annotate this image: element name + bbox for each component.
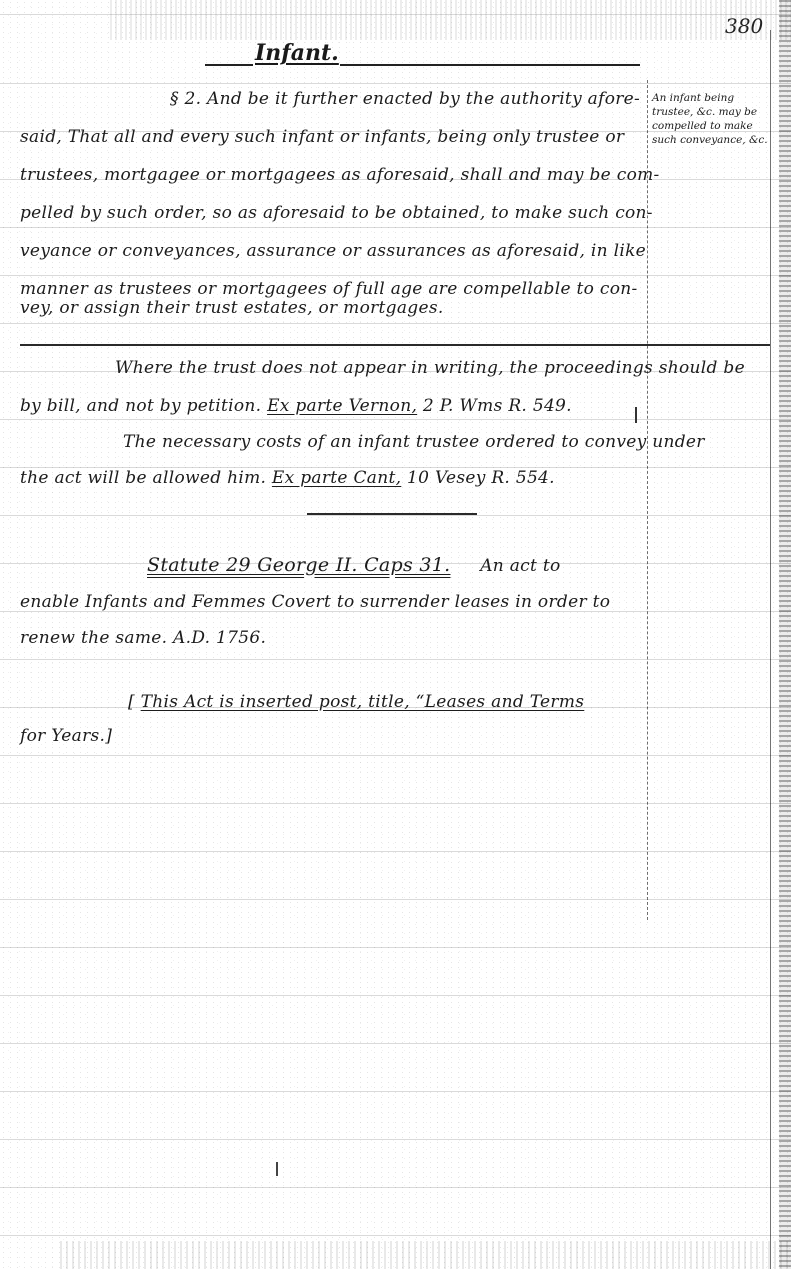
- statute-line: renew the same. A.D. 1756.: [20, 628, 266, 648]
- cross-reference-text: This Act is inserted post, title, “Lease…: [141, 692, 585, 712]
- note-line: Where the trust does not appear in writi…: [115, 358, 745, 378]
- statute-line: enable Infants and Femmes Covert to surr…: [20, 592, 610, 612]
- manuscript-page: 380 Infant. § 2. And be it further enact…: [0, 0, 791, 1269]
- margin-note: An infant being trustee, &c. may be comp…: [652, 91, 767, 147]
- note-line: the act will be allowed him. Ex parte Ca…: [20, 468, 555, 488]
- section-line: said, That all and every such infant or …: [20, 127, 624, 147]
- statute-heading-line: Statute 29 George II. Caps 31. An act to: [147, 554, 561, 576]
- section-divider: [20, 344, 770, 346]
- section-line: vey, or assign their trust estates, or m…: [20, 298, 444, 318]
- right-margin-rule: [770, 30, 771, 1269]
- cross-reference-line: for Years.]: [20, 726, 112, 746]
- note-text: by bill, and not by petition.: [20, 396, 261, 416]
- section-line: trustees, mortgagee or mortgagees as afo…: [20, 165, 660, 185]
- note-line: The necessary costs of an infant trustee…: [123, 432, 705, 452]
- margin-note-line: compelled to make: [652, 119, 767, 133]
- section-line: § 2. And be it further enacted by the au…: [170, 89, 640, 109]
- margin-note-line: An infant being: [652, 91, 767, 105]
- scan-noise-bottom: [60, 1241, 791, 1269]
- section-line: pelled by such order, so as aforesaid to…: [20, 203, 653, 223]
- margin-note-line: such conveyance, &c.: [652, 133, 767, 147]
- heading-rule-left: [205, 64, 253, 66]
- note-line: by bill, and not by petition. Ex parte V…: [20, 396, 572, 416]
- scan-noise-top: [110, 0, 791, 40]
- section-line: manner as trustees or mortgagees of full…: [20, 279, 638, 299]
- margin-note-line: trustee, &c. may be: [652, 105, 767, 119]
- statute-intro: An act to: [480, 556, 560, 576]
- note-text: the act will be allowed him.: [20, 468, 266, 488]
- page-edge: [779, 0, 791, 1269]
- short-divider: [307, 513, 477, 515]
- case-name: Ex parte Cant,: [272, 468, 401, 488]
- statute-title: Statute 29 George II. Caps 31.: [147, 554, 451, 576]
- case-citation: 2 P. Wms R. 549.: [423, 396, 572, 416]
- heading-rule-right: [340, 64, 640, 66]
- case-name: Ex parte Vernon,: [267, 396, 417, 416]
- stray-mark: [276, 1162, 278, 1176]
- page-heading: Infant.: [255, 40, 339, 66]
- bracket-open: [: [128, 692, 135, 712]
- case-citation: 10 Vesey R. 554.: [407, 468, 555, 488]
- margin-tick-mark: [635, 407, 637, 423]
- cross-reference-line: [ This Act is inserted post, title, “Lea…: [128, 692, 584, 712]
- section-line: veyance or conveyances, assurance or ass…: [20, 241, 646, 261]
- page-number: 380: [725, 14, 763, 38]
